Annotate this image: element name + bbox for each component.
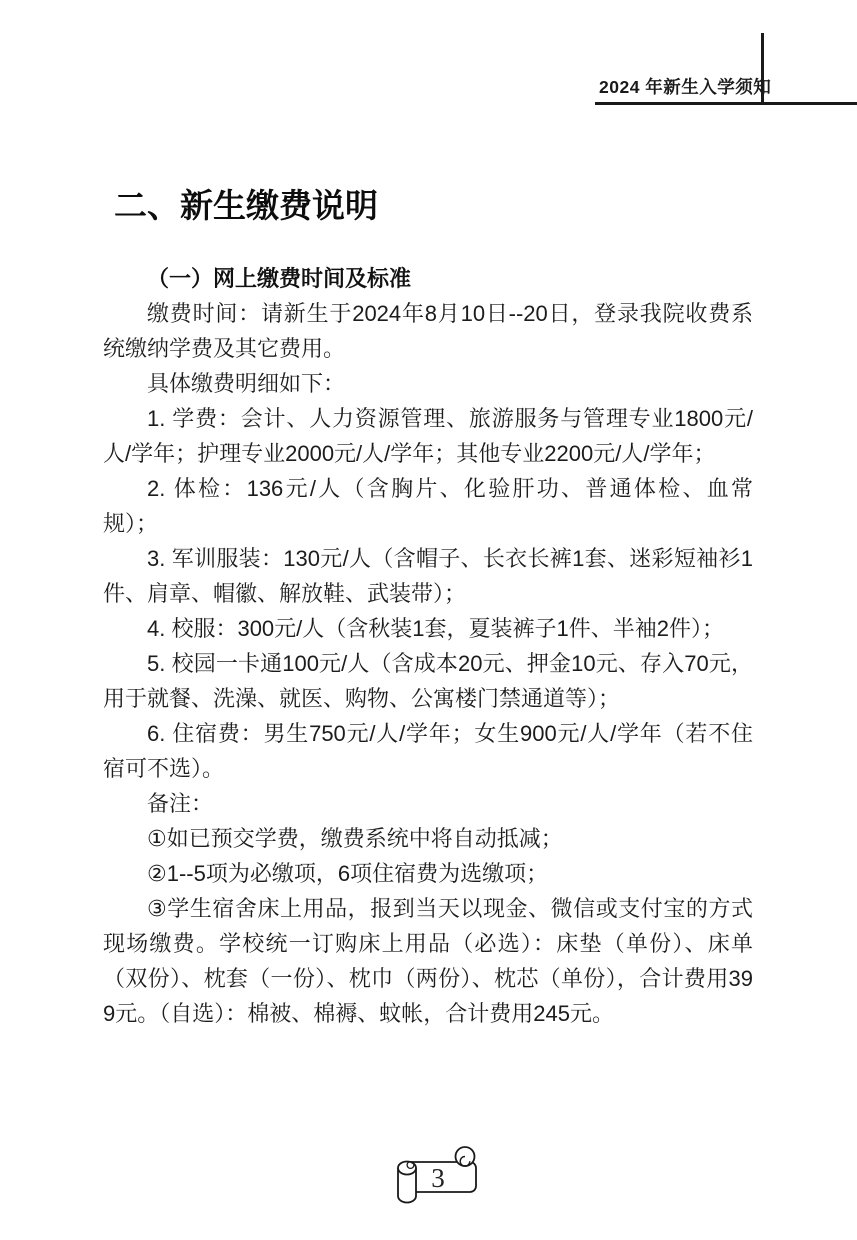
document-body: （一）网上缴费时间及标准 缴费时间：请新生于2024年8月10日--20日，登录…: [103, 261, 753, 1031]
document-page: 2024 年新生入学须知 二、新生缴费说明 （一）网上缴费时间及标准 缴费时间：…: [0, 0, 857, 1240]
para-note-2-required-items: ②1--5项为必缴项，6项住宿费为选缴项；: [103, 856, 753, 891]
para-item-3-military-uniform: 3. 军训服装：130元/人（含帽子、长衣长裤1套、迷彩短袖衫1件、肩章、帽徽、…: [103, 541, 753, 611]
header-underline-rule: [595, 102, 857, 105]
para-note-1-prepaid-tuition: ①如已预交学费，缴费系统中将自动抵减；: [103, 821, 753, 856]
subsection-heading: （一）网上缴费时间及标准: [103, 261, 753, 296]
para-item-5-campus-card: 5. 校园一卡通100元/人（含成本20元、押金10元、存入70元，用于就餐、洗…: [103, 646, 753, 716]
para-item-1-tuition: 1. 学费：会计、人力资源管理、旅游服务与管理专业1800元/人/学年；护理专业…: [103, 401, 753, 471]
para-detail-intro: 具体缴费明细如下：: [103, 366, 753, 401]
para-note-3-bedding: ③学生宿舍床上用品，报到当天以现金、微信或支付宝的方式现场缴费。学校统一订购床上…: [103, 891, 753, 1031]
header-vertical-rule: [761, 33, 764, 104]
para-item-4-school-uniform: 4. 校服：300元/人（含秋装1套，夏装裤子1件、半袖2件）；: [103, 611, 753, 646]
para-notes-label: 备注：: [103, 786, 753, 821]
scroll-ornament-icon: 3: [376, 1146, 480, 1218]
section-title: 二、新生缴费说明: [114, 180, 378, 227]
running-header-title: 2024 年新生入学须知: [599, 74, 771, 99]
page-number: 3: [431, 1163, 445, 1193]
para-item-2-physical-exam: 2. 体检：136元/人（含胸片、化验肝功、普通体检、血常规）；: [103, 471, 753, 541]
page-footer: 3: [376, 1146, 480, 1218]
para-payment-time: 缴费时间：请新生于2024年8月10日--20日，登录我院收费系统缴纳学费及其它…: [103, 296, 753, 366]
para-item-6-accommodation: 6. 住宿费：男生750元/人/学年；女生900元/人/学年（若不住宿可不选）。: [103, 716, 753, 786]
